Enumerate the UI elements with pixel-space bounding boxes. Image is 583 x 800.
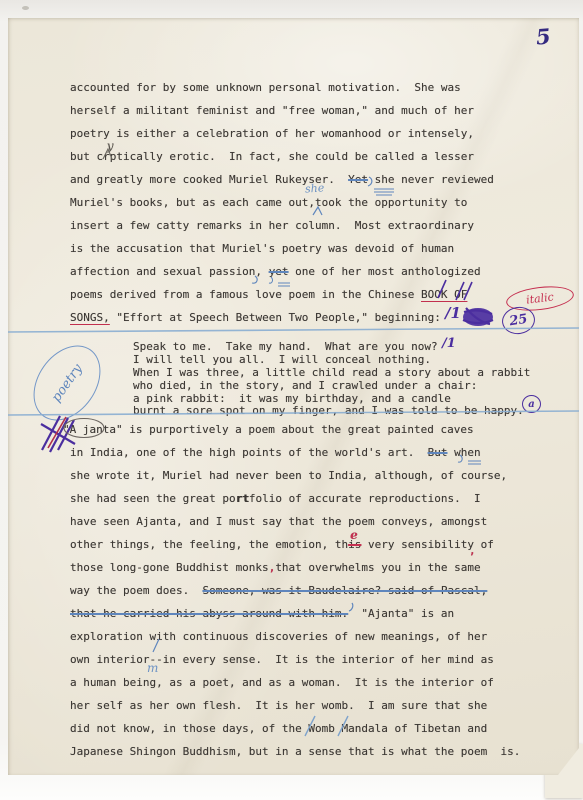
edit-del-blue: that he carried his abyss around with hi…	[70, 607, 348, 620]
typed-text-segment: "Ajanta" is an	[348, 607, 454, 620]
typed-text-segment: her self as her own flesh. It is her wom…	[70, 699, 487, 712]
manuscript-scan: 5 5 accounted for by some unknown person…	[0, 0, 583, 800]
typed-line: she had seen the great portfolio of accu…	[70, 487, 560, 510]
typed-text-segment: folio of accurate reproductions. I	[249, 492, 481, 505]
typed-text-segment: in India, one of the high points of the …	[70, 446, 428, 459]
typed-text-segment: other things, the feeling, the emotion, …	[70, 538, 348, 551]
typed-line: affection and sexual passion, yet one of…	[70, 260, 560, 283]
typed-line: accounted for by some unknown personal m…	[70, 76, 560, 99]
edit-overstrike: rt	[236, 492, 249, 505]
typed-line: "A janta" is purportively a poem about t…	[63, 418, 560, 441]
typed-text-segment: accounted for by some unknown personal m…	[70, 81, 461, 94]
typed-text-segment: Speak to me. Take my hand. What are you …	[133, 340, 438, 353]
typed-text-segment: Japanese Shingon Buddhism, but in a sens…	[70, 745, 520, 758]
typed-text-segment: poetry is either a celebration of her wo…	[70, 127, 474, 140]
edit-ul-red: SONGS,	[70, 311, 110, 324]
typed-text-segment: one of her most anthologized	[289, 265, 481, 278]
scan-speck	[22, 6, 29, 10]
typed-line: have seen Ajanta, and I must say that th…	[70, 510, 560, 533]
typed-text-segment: When I was three, a little child read a …	[133, 366, 530, 379]
typed-text-segment: own interior--in every sense. It is the …	[70, 653, 494, 666]
edit-ul-red: BOOK OF	[421, 288, 467, 301]
paragraph-rukeyser: accounted for by some unknown personal m…	[70, 76, 560, 329]
typed-text-segment: when	[448, 446, 481, 459]
typed-text-segment: affection and sexual passion,	[70, 265, 269, 278]
typed-line: poetry is either a celebration of her wo…	[70, 122, 560, 145]
typed-line: other things, the feeling, the emotion, …	[70, 533, 560, 556]
typed-text-segment: is the accusation that Muriel's poetry w…	[70, 242, 454, 255]
typed-line: own interior--in every sense. It is the …	[70, 648, 560, 671]
proof-mark-quote-line: /1	[442, 336, 456, 351]
typed-line: her self as her own flesh. It is her wom…	[70, 694, 560, 717]
typed-text: accounted for by some unknown personal m…	[70, 76, 560, 763]
typed-line: way the poem does. Someone, was it Baude…	[70, 579, 560, 602]
typed-line: but cryptically erotic. In fact, she cou…	[70, 145, 560, 168]
typed-line: is the accusation that Muriel's poetry w…	[70, 237, 560, 260]
typed-text-segment: ptically erotic. In fact, she could be c…	[110, 150, 474, 163]
typed-text-segment: of	[474, 538, 494, 551]
typed-line: in India, one of the high points of the …	[70, 441, 560, 464]
typed-line: herself a militant feminist and "free wo…	[70, 99, 560, 122]
typed-text-segment: a human being, as a poet, and as a woman…	[70, 676, 494, 689]
typed-text-segment: very sensibility	[361, 538, 474, 551]
typed-line: burnt a sore spot on my finger, and I wa…	[133, 405, 560, 418]
paragraph-ajanta: "A janta" is purportively a poem about t…	[70, 418, 560, 763]
typed-line: did not know, in those days, of the Womb…	[70, 717, 560, 740]
typed-line: that he carried his abyss around with hi…	[70, 602, 560, 625]
typed-line: poems derived from a famous love poem in…	[70, 283, 560, 306]
typed-text-segment: that overwhelms you in the same	[275, 561, 480, 574]
typed-text-segment: did not know, in those days, of the Womb…	[70, 722, 487, 735]
typed-text-segment: but cr	[70, 150, 110, 163]
typed-text-segment: exploration with continuous discoveries …	[70, 630, 487, 643]
typed-text-segment: those long-gone Buddhist monks	[70, 561, 269, 574]
typed-line: insert a few catty remarks in her column…	[70, 214, 560, 237]
typed-line: she wrote it, Muriel had never been to I…	[70, 464, 560, 487]
typed-line: Japanese Shingon Buddhism, but in a sens…	[70, 740, 560, 763]
typed-text-segment: "Effort at Speech Between Two People," b…	[110, 311, 441, 324]
typed-text-segment: who died, in the story, and I crawled un…	[133, 379, 477, 392]
typed-text-segment: she never reviewed	[368, 173, 494, 186]
circled-a-mark: a	[522, 395, 541, 413]
typed-text-segment: poems derived from a famous love poem in…	[70, 288, 421, 301]
typed-line: SONGS, "Effort at Speech Between Two Peo…	[70, 306, 560, 329]
poem-quote-block: Speak to me. Take my hand. What are you …	[133, 341, 560, 418]
typed-text-segment: I will tell you all. I will conceal noth…	[133, 353, 431, 366]
typed-line: exploration with continuous discoveries …	[70, 625, 560, 648]
edit-del-blue: Yet	[348, 173, 368, 186]
typed-text-segment: way the poem does.	[70, 584, 202, 597]
typed-line: those long-gone Buddhist monks,that over…	[70, 556, 560, 579]
typed-text-segment: have seen Ajanta, and I must say that th…	[70, 515, 487, 528]
typed-text-segment: "A janta" is purportively a poem about t…	[63, 423, 474, 436]
typed-text-segment: Muriel's books, but as each came out,too…	[70, 196, 467, 209]
typed-text-segment: burnt a sore spot on my finger, and I wa…	[133, 404, 524, 417]
page-number: 5	[535, 23, 552, 49]
edit-del-blue: Someone, was it Baudelaire? said of Pasc…	[202, 584, 487, 597]
typed-text-segment: she wrote it, Muriel had never been to I…	[70, 469, 507, 482]
typed-text-segment: she had seen the great po	[70, 492, 236, 505]
emdash-m-mark: m	[147, 661, 158, 675]
typed-text-segment: a pink rabbit: it was my birthday, and a…	[133, 392, 451, 405]
typed-text-segment: insert a few catty remarks in her column…	[70, 219, 474, 232]
typed-line: a human being, as a poet, and as a woman…	[70, 671, 560, 694]
edit-del-blue: But	[428, 446, 448, 459]
inserted-word-she: she	[305, 181, 325, 195]
proof-mark-beginning: /1	[445, 304, 461, 322]
manuscript-page: 5 accounted for by some unknown personal…	[8, 18, 579, 775]
typed-text-segment: herself a militant feminist and "free wo…	[70, 104, 474, 117]
edit-del-blue: yet	[269, 265, 289, 278]
